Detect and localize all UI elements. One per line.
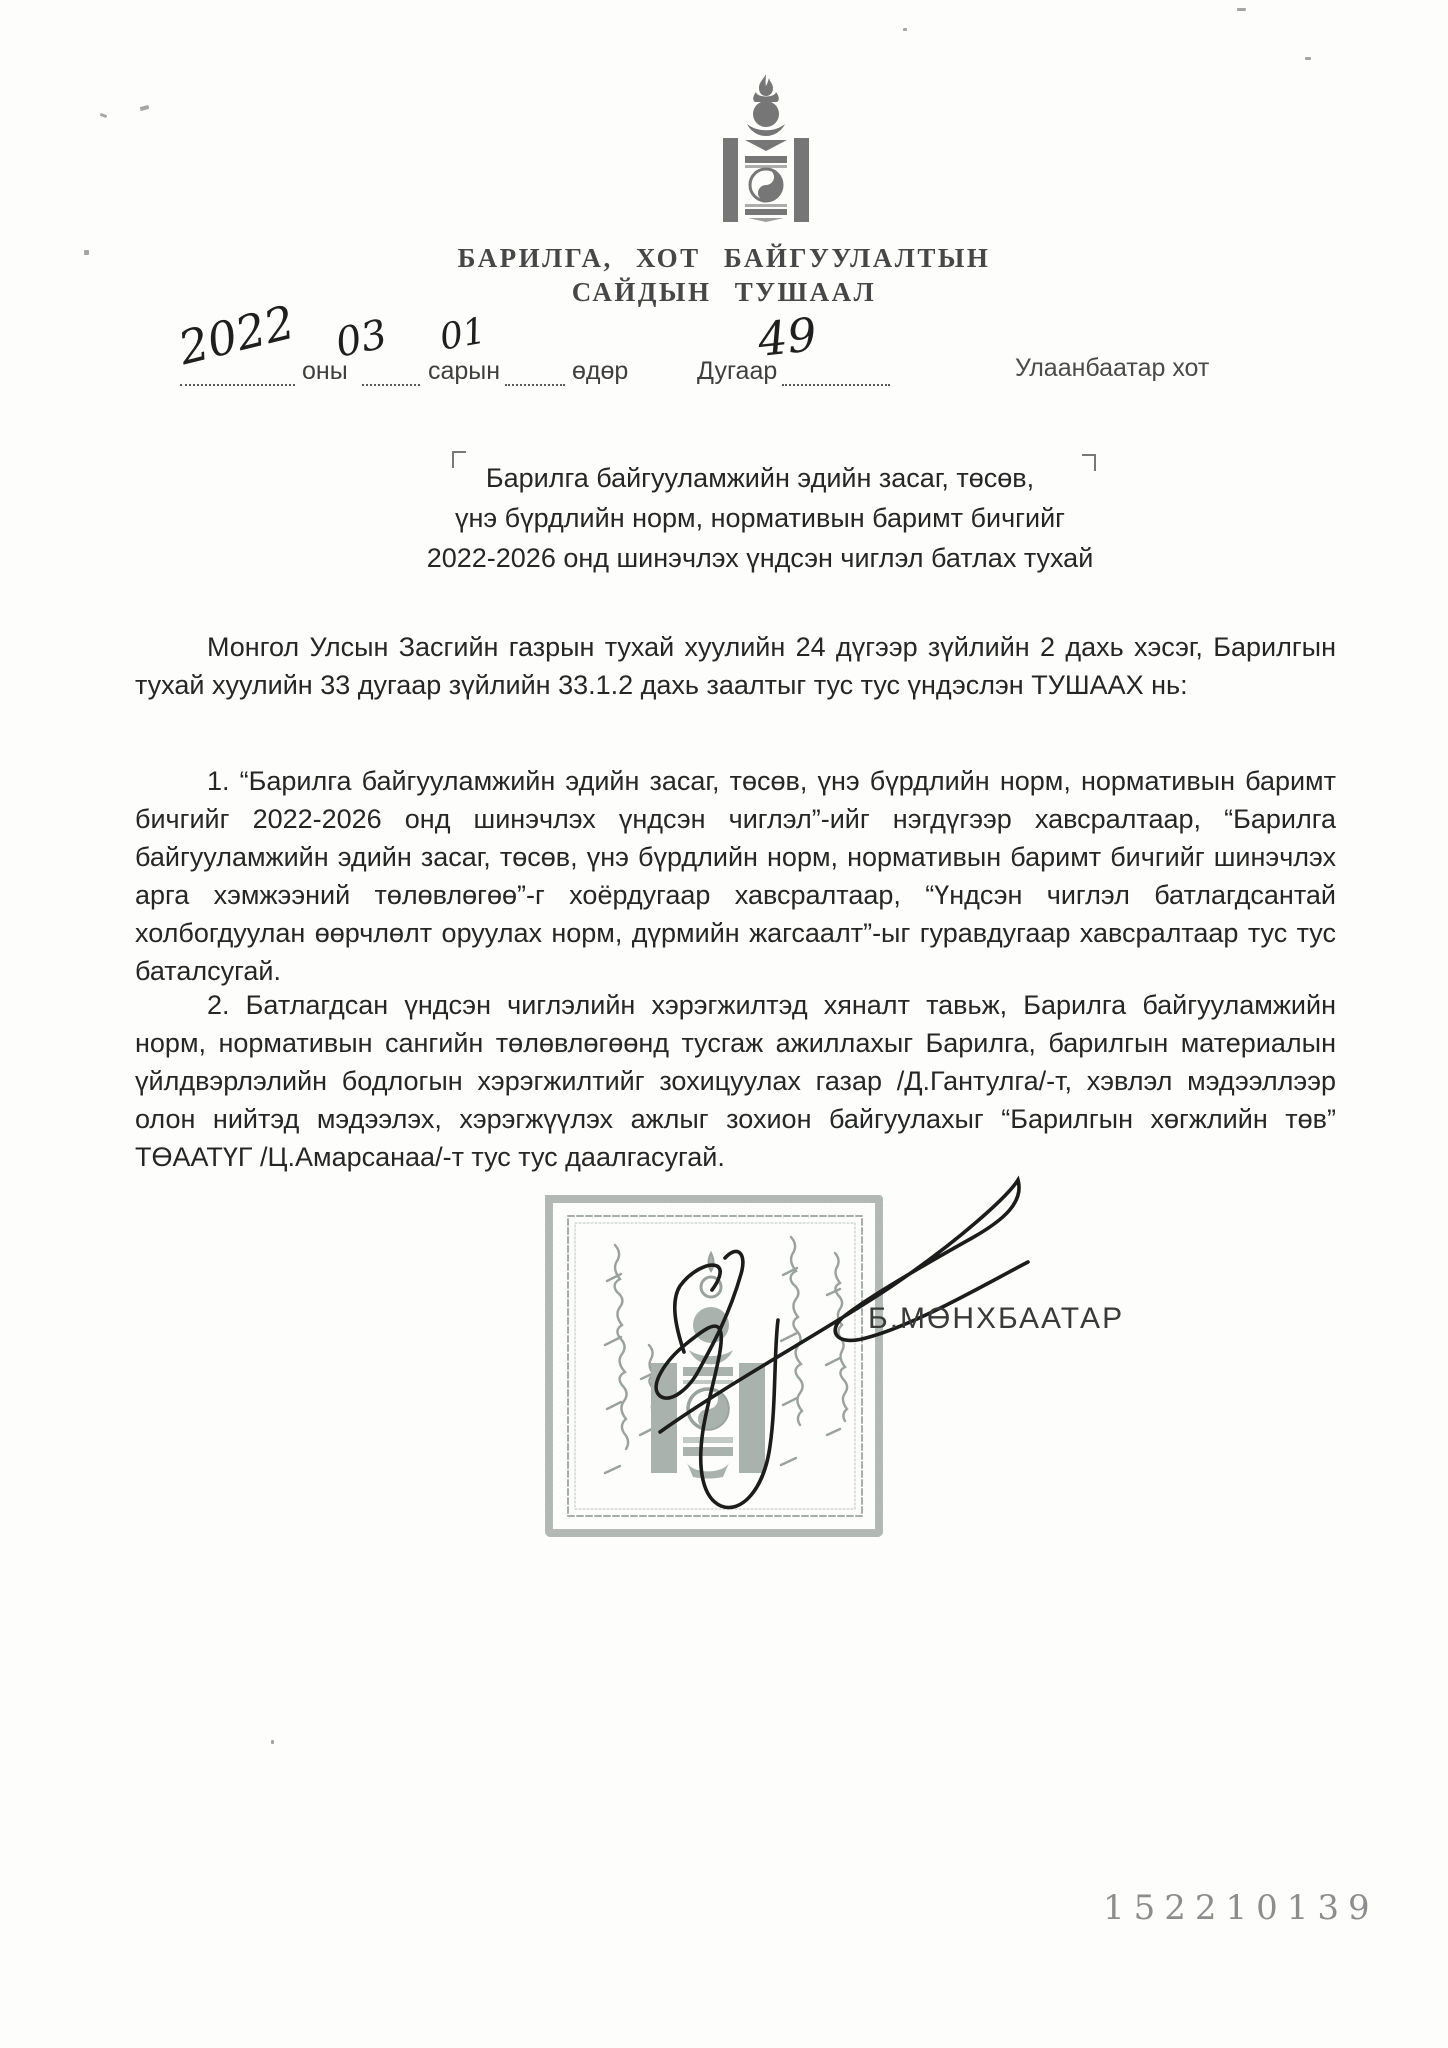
scanned-decree-page: БАРИЛГА, ХОТ БАЙГУУЛАЛТЫН САЙДЫН ТУШААЛ … (0, 0, 1448, 2048)
day-label: өдөр (572, 357, 628, 386)
org-title-line1: БАРИЛГА, ХОТ БАЙГУУЛАЛТЫН (0, 241, 1448, 275)
decree-title-line2: үнэ бүрдлийн норм, нормативын баримт бич… (260, 498, 1260, 538)
org-title-line2: САЙДЫН ТУШААЛ (0, 275, 1448, 309)
decree-title-line1: Барилга байгууламжийн эдийн засаг, төсөв… (260, 458, 1260, 498)
day-blank-line (505, 340, 565, 386)
scan-speck (903, 28, 907, 31)
handwritten-day: 01 (437, 310, 489, 358)
scan-speck (84, 250, 89, 255)
scan-speck (1237, 8, 1246, 11)
decree-title-line3: 2022-2026 онд шинэчлэх үндсэн чиглэл бат… (260, 538, 1260, 578)
signer-name: Б.МӨНХБААТАР (868, 1302, 1124, 1336)
scan-number: 152210139 (1103, 1888, 1379, 1928)
decree-item-2: 2. Батлагдсан үндсэн чиглэлийн хэрэгжилт… (135, 986, 1336, 1176)
scan-speck (1305, 57, 1311, 60)
decree-title: Барилга байгууламжийн эдийн засаг, төсөв… (260, 458, 1260, 578)
scan-speck (271, 1740, 274, 1744)
handwritten-number: 49 (755, 307, 819, 367)
scan-speck (100, 113, 108, 118)
dateline: 2022 оны 03 сарын 01 өдөр Дугаар 49 Улаа… (0, 340, 1448, 410)
city-label: Улаанбаатар хот (1015, 354, 1209, 383)
scan-speck (140, 105, 150, 111)
preamble-paragraph: Монгол Улсын Засгийн газрын тухай хуулий… (135, 628, 1336, 704)
month-label: сарын (428, 357, 500, 386)
handwritten-signature (530, 1168, 1050, 1568)
org-title: БАРИЛГА, ХОТ БАЙГУУЛАЛТЫН САЙДЫН ТУШААЛ (0, 241, 1448, 309)
decree-item-1: 1. “Барилга байгууламжийн эдийн засаг, т… (135, 762, 1336, 990)
soyombo-emblem-icon (723, 72, 809, 222)
